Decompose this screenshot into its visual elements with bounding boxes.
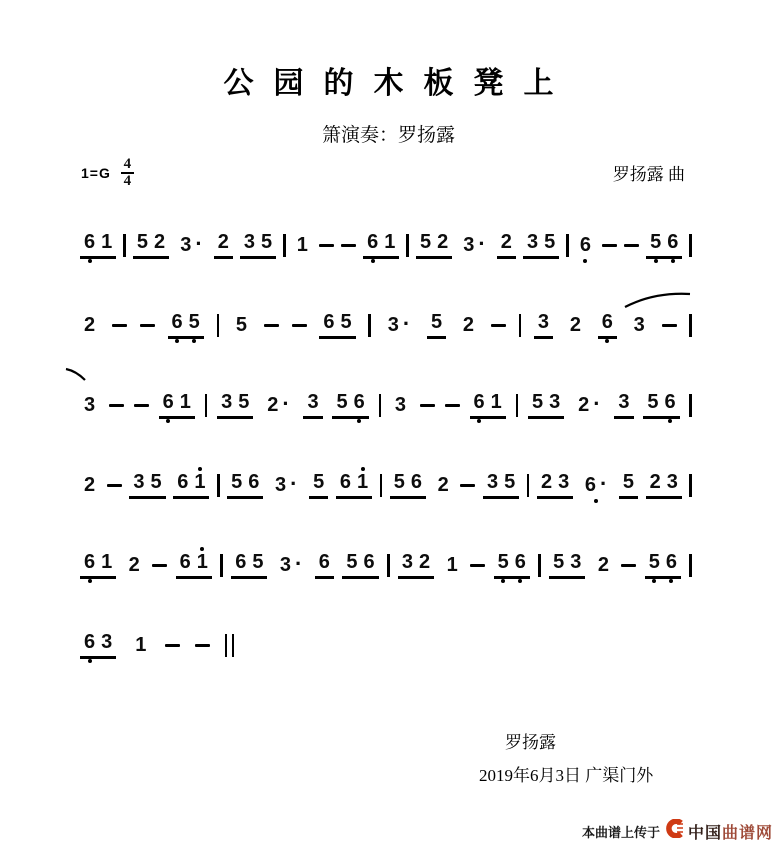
note-digit: 5	[532, 391, 543, 413]
note-group: 5	[619, 472, 638, 499]
barline	[566, 234, 569, 257]
note-digit: 6	[84, 551, 95, 573]
note: 6·	[582, 474, 610, 496]
note-digit: 6	[363, 551, 374, 573]
note: 3·	[385, 314, 413, 336]
note-digit: 5	[346, 551, 357, 573]
low-octave-dot	[88, 659, 92, 663]
note-digit: 2	[598, 554, 609, 576]
note-digit: 2	[463, 314, 474, 336]
note: 5	[186, 312, 203, 333]
note-group: 3	[614, 392, 633, 419]
note-group: 2	[80, 475, 99, 496]
note-digit: 5	[553, 551, 564, 573]
barline	[689, 234, 692, 257]
note: 6	[351, 392, 368, 413]
key-time-signature: 1=G 4 4	[81, 158, 134, 188]
note: 3	[392, 395, 409, 416]
note: 2	[126, 555, 143, 576]
note-digit: 5	[394, 471, 405, 493]
note-digit: 5	[336, 391, 347, 413]
tie-arc-end	[64, 367, 88, 382]
barline	[689, 554, 692, 577]
low-octave-dot	[605, 339, 609, 343]
note-digit: 3	[618, 391, 629, 413]
note-digit: 3	[101, 631, 112, 653]
qupu-logo-icon	[666, 819, 685, 843]
note-group: 35	[523, 232, 559, 259]
note-digit: 1	[447, 554, 458, 576]
note: 2	[81, 315, 98, 336]
dash-note	[292, 324, 307, 327]
note-group: 1	[293, 235, 312, 256]
note-group: 2	[594, 555, 613, 576]
note-group: 2	[125, 555, 144, 576]
low-octave-dot	[583, 259, 587, 263]
note-digit: 5	[650, 231, 661, 253]
note-group: 52	[416, 232, 452, 259]
note-group: 35	[483, 472, 519, 499]
watermark-site-part1: 中国	[688, 825, 722, 842]
note-digit: 3	[221, 391, 232, 413]
note-group: 52	[133, 232, 169, 259]
note-digit: 6	[340, 471, 351, 493]
note-digit: 2	[650, 471, 661, 493]
note-group: 56	[390, 472, 426, 499]
note: 5	[310, 472, 327, 493]
note: 2	[567, 315, 584, 336]
note-group: 61	[80, 552, 116, 579]
note-digit: 5	[504, 471, 515, 493]
note-digit: 6	[580, 234, 591, 256]
low-octave-dot	[501, 579, 505, 583]
note-group: 61	[176, 552, 212, 579]
dash-note	[109, 404, 124, 407]
dash-note	[264, 324, 279, 327]
note-group: 65	[168, 312, 204, 339]
note-group: 3·	[276, 554, 306, 576]
dash-note	[107, 484, 122, 487]
note-digit: 5	[137, 231, 148, 253]
low-octave-dot	[668, 419, 672, 423]
note-digit: 5	[623, 471, 634, 493]
note-digit: 6	[515, 551, 526, 573]
music-line: 2655653·523263	[80, 285, 692, 365]
note: 2	[538, 472, 555, 493]
note-digit: 6	[367, 231, 378, 253]
note-digit: 5	[431, 311, 442, 333]
note-group: 56	[494, 552, 530, 579]
note: 1	[381, 232, 398, 253]
note: 6	[512, 552, 529, 573]
dash-note	[662, 324, 677, 327]
note: 3	[484, 472, 501, 493]
note-group: 56	[646, 232, 682, 259]
note-group: 2	[566, 315, 585, 336]
dash-note	[460, 484, 475, 487]
note: 6	[174, 472, 191, 493]
footer-date-location: 2019年6月3日 广渠门外	[479, 761, 653, 786]
note-group: 61	[173, 472, 209, 499]
note-digit: 3	[280, 554, 291, 576]
page-title: 公园的木板凳上	[0, 58, 777, 102]
note-digit: 3	[275, 474, 286, 496]
note-digit: 3	[244, 231, 255, 253]
note-group: 3	[534, 312, 553, 339]
note-digit: 3	[463, 234, 474, 256]
augmentation-dot: ·	[600, 471, 607, 496]
note-digit: 2	[541, 471, 552, 493]
note-digit: 5	[647, 391, 658, 413]
dash-note	[445, 404, 460, 407]
note-group: 56	[342, 552, 378, 579]
dash-note	[112, 324, 127, 327]
note: 6	[577, 235, 594, 256]
augmentation-dot: ·	[295, 551, 302, 576]
dash-note	[602, 244, 617, 247]
barline	[379, 394, 382, 417]
note-group: 53	[528, 392, 564, 419]
note-group: 5	[427, 312, 446, 339]
note-group: 2	[434, 475, 453, 496]
note-group: 2	[497, 232, 516, 259]
note-digit: 6	[667, 231, 678, 253]
low-octave-dot	[175, 339, 179, 343]
note-digit: 6	[248, 471, 259, 493]
note: 1	[98, 552, 115, 573]
note-digit: 2	[570, 314, 581, 336]
note-digit: 1	[180, 391, 191, 413]
low-octave-dot	[88, 259, 92, 263]
note-group: 5	[232, 315, 251, 336]
note: 6	[245, 472, 262, 493]
note-digit: 6	[411, 471, 422, 493]
note: 6	[408, 472, 425, 493]
note-group: 6·	[581, 474, 611, 496]
note-digit: 6	[602, 311, 613, 333]
note-group: 6	[315, 552, 334, 579]
key-signature: 1=G	[81, 165, 111, 181]
note-digit: 1	[101, 551, 112, 573]
note-digit: 1	[194, 471, 205, 493]
note-group: 5	[309, 472, 328, 499]
barline	[368, 314, 371, 337]
note-digit: 3	[487, 471, 498, 493]
low-octave-dot	[88, 579, 92, 583]
dash-note	[470, 564, 485, 567]
high-octave-dot	[198, 467, 202, 471]
high-octave-dot	[200, 547, 204, 551]
note: 2	[81, 475, 98, 496]
note: 2	[460, 315, 477, 336]
augmentation-dot: ·	[195, 231, 202, 256]
note: 2	[434, 232, 451, 253]
note: 5	[147, 472, 164, 493]
low-octave-dot	[166, 419, 170, 423]
note: 6	[81, 632, 98, 653]
note-digit: 5	[189, 311, 200, 333]
note-digit: 3	[133, 471, 144, 493]
note-digit: 3	[558, 471, 569, 493]
low-octave-dot	[671, 259, 675, 263]
note-group: 3·	[176, 234, 206, 256]
watermark-site-part2: 曲谱网	[722, 825, 773, 842]
music-line: 61523·235161523·235656	[80, 205, 692, 285]
music-line: 631	[80, 605, 692, 685]
note-digit: 6	[585, 474, 596, 496]
note-digit: 2	[218, 231, 229, 253]
low-octave-dot	[518, 579, 522, 583]
low-octave-dot	[594, 499, 598, 503]
note-digit: 2	[84, 314, 95, 336]
note-group: 3·	[271, 474, 301, 496]
note-group: 56	[227, 472, 263, 499]
note: 3	[98, 632, 115, 653]
note-group: 35	[217, 392, 253, 419]
note-digit: 2	[154, 231, 165, 253]
note: 6	[360, 552, 377, 573]
note: 3	[81, 395, 98, 416]
augmentation-dot: ·	[593, 391, 600, 416]
high-octave-dot	[361, 467, 365, 471]
low-octave-dot	[371, 259, 375, 263]
note: 3	[241, 232, 258, 253]
note-digit: 1	[197, 551, 208, 573]
note-group: 3	[303, 392, 322, 419]
note-digit: 2	[438, 474, 449, 496]
note-group: 56	[645, 552, 681, 579]
note: 5	[249, 552, 266, 573]
note-digit: 5	[544, 231, 555, 253]
note: 5	[258, 232, 275, 253]
note: 5	[417, 232, 434, 253]
note: 3	[615, 392, 632, 413]
note: 5	[338, 312, 355, 333]
note: 5	[343, 552, 360, 573]
music-lines: 61523·235161523·2356562655653·5232633613…	[80, 205, 692, 685]
note-digit: 1	[297, 234, 308, 256]
time-signature: 4 4	[121, 158, 134, 188]
note: 5	[644, 392, 661, 413]
barline	[516, 394, 519, 417]
note-group: 35	[240, 232, 276, 259]
note: 6	[661, 392, 678, 413]
note-digit: 3	[388, 314, 399, 336]
note-digit: 5	[150, 471, 161, 493]
composer-credit: 罗扬露 曲	[613, 160, 685, 185]
barline	[217, 314, 220, 337]
note: 5	[228, 472, 245, 493]
time-signature-bottom: 4	[124, 175, 132, 188]
dash-note	[195, 644, 210, 647]
note-digit: 5	[238, 391, 249, 413]
note-digit: 5	[420, 231, 431, 253]
note-digit: 6	[474, 391, 485, 413]
note: 1	[177, 392, 194, 413]
augmentation-dot: ·	[282, 391, 289, 416]
note: 2	[215, 232, 232, 253]
dash-note	[621, 564, 636, 567]
barline	[220, 554, 223, 577]
note-digit: 2	[419, 551, 430, 573]
note: 5	[428, 312, 445, 333]
note: 5	[235, 392, 252, 413]
note: 1	[194, 552, 211, 573]
note-digit: 1	[491, 391, 502, 413]
note: 5	[233, 315, 250, 336]
dash-note	[134, 404, 149, 407]
dash-note	[420, 404, 435, 407]
note-group: 3	[391, 395, 410, 416]
note-group: 65	[319, 312, 355, 339]
note-digit: 3	[180, 234, 191, 256]
note: 5	[620, 472, 637, 493]
dash-note	[491, 324, 506, 327]
low-octave-dot	[357, 419, 361, 423]
barline	[689, 314, 692, 337]
note: 6	[337, 472, 354, 493]
note: 3	[631, 315, 648, 336]
note: 2·	[575, 394, 603, 416]
music-line: 361352·356361532·356	[80, 365, 692, 445]
barline	[283, 234, 286, 257]
note: 6	[320, 312, 337, 333]
note-group: 61	[363, 232, 399, 259]
final-barline	[225, 634, 234, 657]
note-group: 63	[80, 632, 116, 659]
low-octave-dot	[652, 579, 656, 583]
note: 2	[435, 475, 452, 496]
note-digit: 6	[354, 391, 365, 413]
note: 6	[81, 232, 98, 253]
note: 5	[550, 552, 567, 573]
note-digit: 3	[549, 391, 560, 413]
note-digit: 3	[307, 391, 318, 413]
barline	[689, 474, 692, 497]
note: 5	[391, 472, 408, 493]
note: 6	[663, 552, 680, 573]
note-group: 1	[131, 635, 150, 656]
note: 3	[546, 392, 563, 413]
augmentation-dot: ·	[403, 311, 410, 336]
note: 6	[364, 232, 381, 253]
note-digit: 5	[313, 471, 324, 493]
note-digit: 5	[649, 551, 660, 573]
note: 6	[169, 312, 186, 333]
dash-note	[152, 564, 167, 567]
note: 3	[664, 472, 681, 493]
barline	[380, 474, 383, 497]
note-group: 56	[643, 392, 679, 419]
note: 1	[98, 232, 115, 253]
note-digit: 5	[261, 231, 272, 253]
note-digit: 6	[666, 551, 677, 573]
note: 5	[501, 472, 518, 493]
note: 6	[664, 232, 681, 253]
note-group: 53	[549, 552, 585, 579]
note: 6	[81, 552, 98, 573]
note: 3	[567, 552, 584, 573]
note: 3·	[460, 234, 488, 256]
note-digit: 1	[357, 471, 368, 493]
note-group: 61	[336, 472, 372, 499]
note-group: 3·	[384, 314, 414, 336]
note: 2·	[264, 394, 292, 416]
note: 3	[399, 552, 416, 573]
note: 3·	[177, 234, 205, 256]
note-group: 3	[630, 315, 649, 336]
note-digit: 3	[570, 551, 581, 573]
note-group: 2·	[574, 394, 604, 416]
note-digit: 5	[341, 311, 352, 333]
note: 5	[647, 232, 664, 253]
note-group: 56	[332, 392, 368, 419]
note-digit: 3	[667, 471, 678, 493]
note: 1	[132, 635, 149, 656]
augmentation-dot: ·	[290, 471, 297, 496]
low-octave-dot	[669, 579, 673, 583]
note: 5	[529, 392, 546, 413]
dash-note	[165, 644, 180, 647]
note-digit: 5	[498, 551, 509, 573]
note-digit: 6	[664, 391, 675, 413]
note: 2	[595, 555, 612, 576]
note-digit: 1	[384, 231, 395, 253]
note: 3·	[277, 554, 305, 576]
note: 1	[294, 235, 311, 256]
note-digit: 3	[84, 394, 95, 416]
tie-arc-start	[624, 291, 692, 309]
note-group: 3	[80, 395, 99, 416]
note-group: 2·	[263, 394, 293, 416]
low-octave-dot	[654, 259, 658, 263]
note-digit: 6	[84, 631, 95, 653]
note: 1	[354, 472, 371, 493]
note: 3	[218, 392, 235, 413]
barline	[205, 394, 208, 417]
note: 5	[134, 232, 151, 253]
note-digit: 6	[177, 471, 188, 493]
barline	[689, 394, 692, 417]
barline	[217, 474, 220, 497]
note: 3	[130, 472, 147, 493]
barline	[538, 554, 541, 577]
note-digit: 5	[231, 471, 242, 493]
note: 6	[471, 392, 488, 413]
note: 2	[498, 232, 515, 253]
note-digit: 2	[578, 394, 589, 416]
note-group: 61	[80, 232, 116, 259]
note-group: 2	[459, 315, 478, 336]
note-group: 2	[214, 232, 233, 259]
note-digit: 5	[236, 314, 247, 336]
note-group: 32	[398, 552, 434, 579]
barline	[527, 474, 530, 497]
note: 3	[555, 472, 572, 493]
note-digit: 3	[402, 551, 413, 573]
note-digit: 2	[84, 474, 95, 496]
music-line: 23561563·56156235236·523	[80, 445, 692, 525]
note: 6	[177, 552, 194, 573]
low-octave-dot	[192, 339, 196, 343]
note-digit: 1	[101, 231, 112, 253]
barline	[519, 314, 522, 337]
note-digit: 2	[267, 394, 278, 416]
note: 2	[416, 552, 433, 573]
note-group: 35	[129, 472, 165, 499]
note-group: 6	[576, 235, 595, 256]
note: 5	[646, 552, 663, 573]
